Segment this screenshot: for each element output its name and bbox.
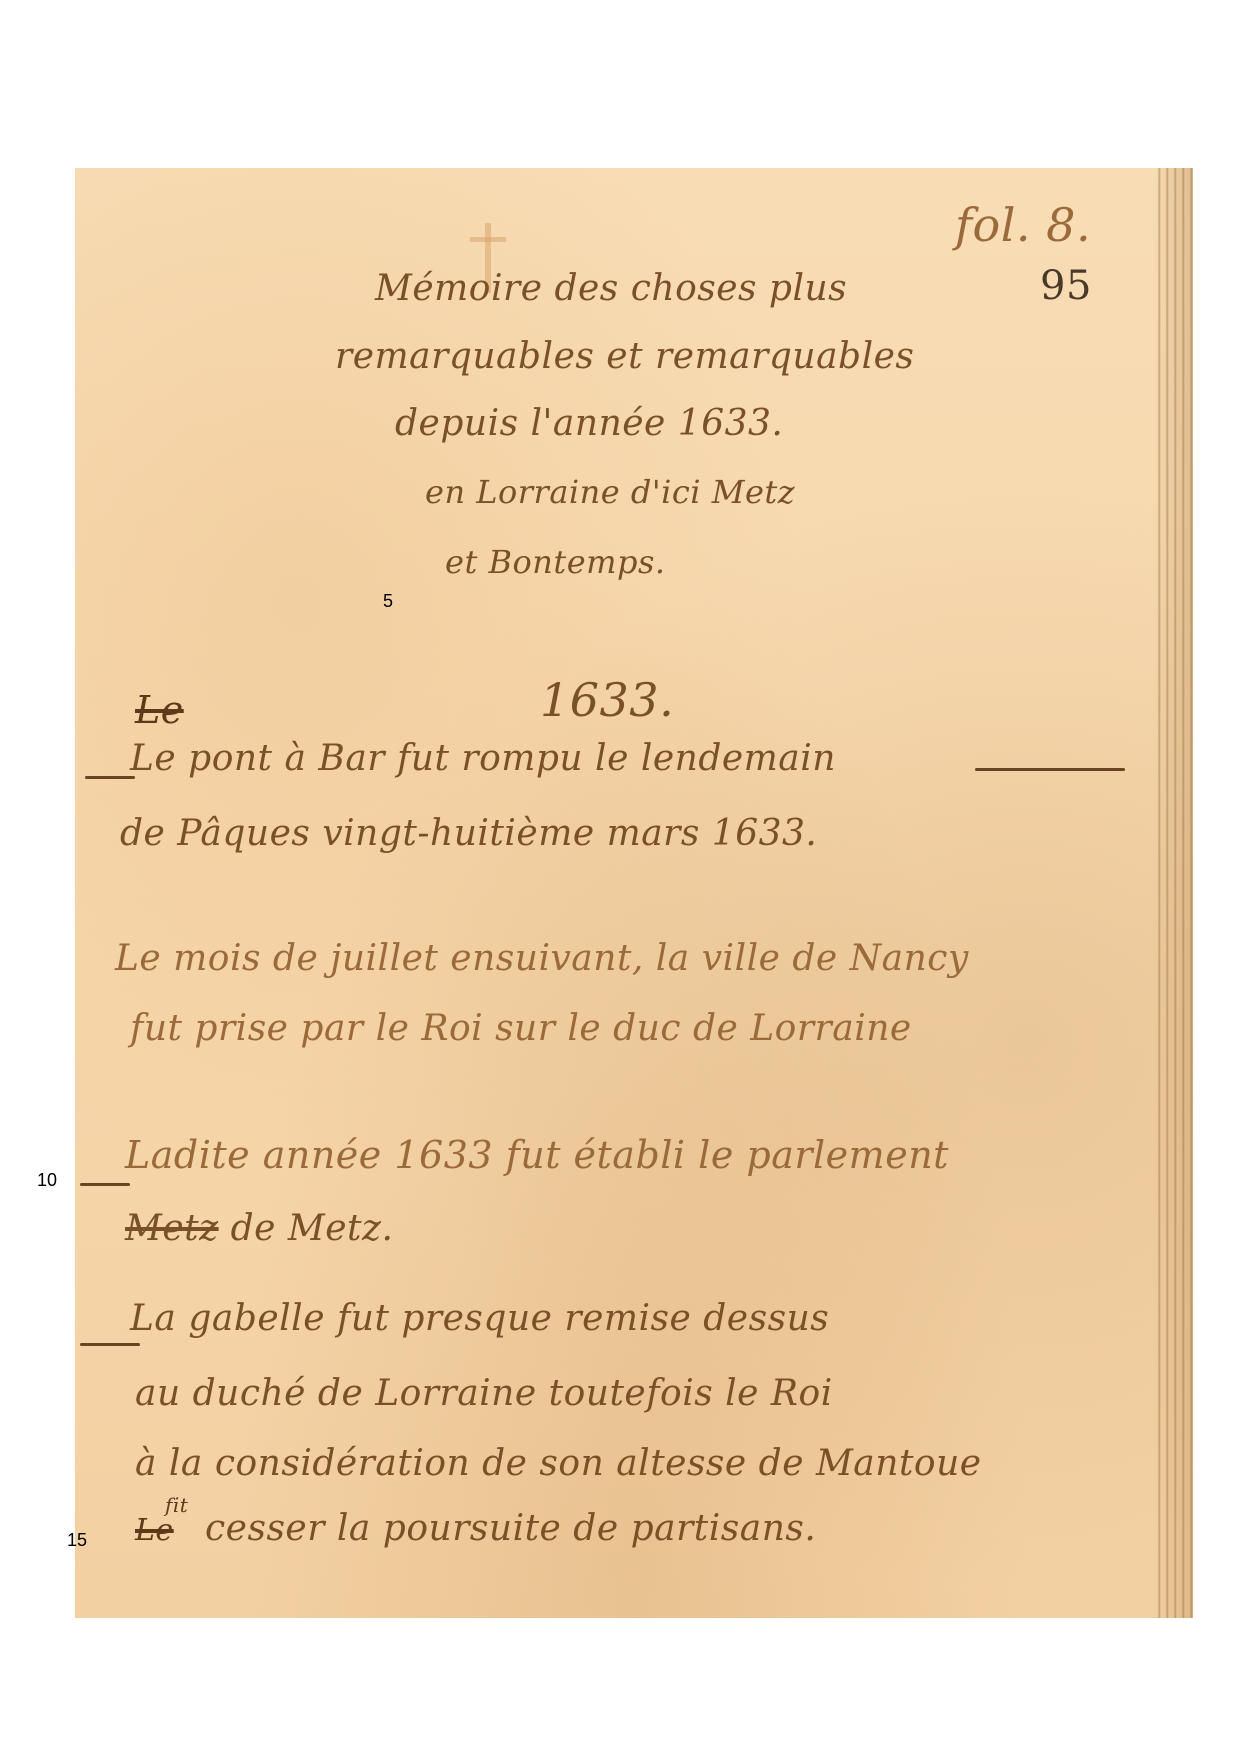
struck-word: Metz <box>125 1208 219 1249</box>
title-line-1: Mémoire des choses plus <box>375 268 847 309</box>
line-filler-stroke <box>975 768 1125 771</box>
line-number-10: 10 <box>37 1170 57 1191</box>
struck-word: Le <box>135 688 184 732</box>
folio-number: 95 <box>1040 263 1092 309</box>
body-line-8: Le mois de juillet ensuivant, la ville d… <box>115 938 969 979</box>
body-line-11: Metz de Metz. <box>125 1208 393 1249</box>
folio-label: fol. 8. <box>955 198 1091 252</box>
body-line-12: La gabelle fut presque remise dessus <box>130 1298 829 1339</box>
struck-word: Le <box>135 1513 174 1548</box>
title-line-3: depuis l'année 1633. <box>395 403 783 444</box>
body-line-9: fut prise par le Roi sur le duc de Lorra… <box>130 1008 912 1049</box>
title-line-5: et Bontemps. <box>445 543 666 581</box>
body-line-14: à la considération de son altesse de Man… <box>135 1443 982 1484</box>
body-line-13: au duché de Lorraine toutefois le Roi <box>135 1373 833 1414</box>
year-heading: 1633. <box>540 673 674 727</box>
title-line-2: remarquables et remarquables <box>335 336 914 377</box>
body-line-10: Ladite année 1633 fut établi le parlemen… <box>125 1133 949 1177</box>
title-line-4: en Lorraine d'ici Metz <box>425 473 795 511</box>
margin-dash <box>85 776 135 779</box>
margin-dash <box>80 1183 130 1186</box>
line-number-15: 15 <box>67 1530 87 1551</box>
body-line-7: de Pâques vingt-huitième mars 1633. <box>120 813 817 854</box>
line-number-5: 5 <box>383 591 393 612</box>
body-line-15: cesser la poursuite de partisans. <box>205 1508 816 1549</box>
body-line-11-text: de Metz. <box>231 1208 394 1249</box>
manuscript-page: fol. 8. 95 Mémoire des choses plus remar… <box>75 168 1193 1618</box>
margin-dash <box>80 1343 140 1346</box>
body-line-6: Le pont à Bar fut rompu le lendemain <box>130 738 836 779</box>
page-stack-edge <box>1153 168 1193 1618</box>
